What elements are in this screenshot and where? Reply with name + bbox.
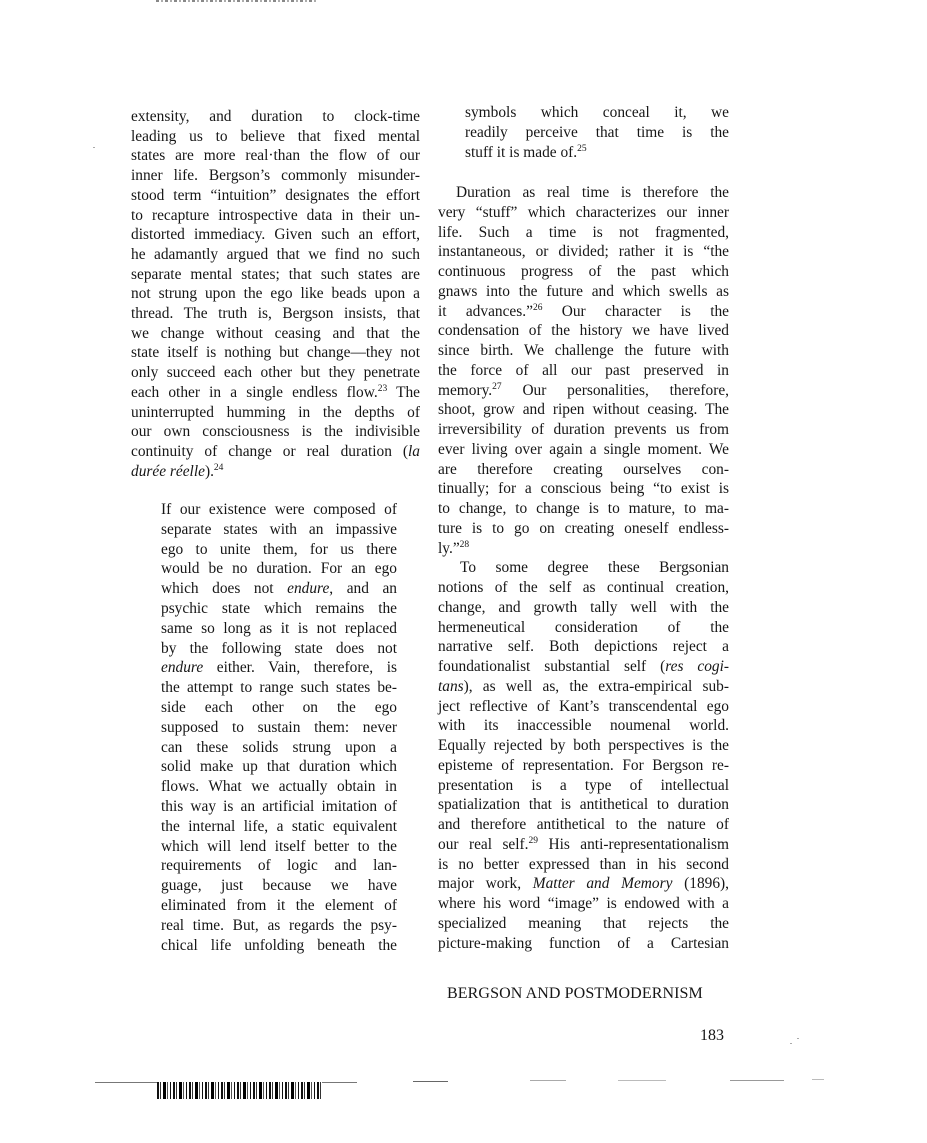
scan-speck: [790, 1043, 792, 1044]
quote-line: guage, just because we have: [161, 876, 397, 896]
text-line: presentation is a type of intellectual: [438, 776, 729, 796]
text-segment: which does not: [161, 580, 287, 597]
quote-line: solid make up that duration which: [161, 757, 397, 777]
text-line: notions of the self as continual creatio…: [438, 578, 729, 598]
quote-line: symbols which conceal it, we: [465, 103, 729, 123]
text-segment: it advances.”: [438, 303, 533, 320]
text-line: tinually; for a conscious being “to exis…: [438, 479, 729, 499]
text-segment: our real self.: [438, 836, 529, 853]
text-segment: ly.”: [438, 540, 460, 557]
text-line: spatialization that is antithetical to d…: [438, 795, 729, 815]
quote-line: supposed to sustain them: never: [161, 718, 397, 738]
footnote-ref-25[interactable]: 25: [577, 144, 587, 154]
quote-line: the attempt to range such states be-: [161, 678, 397, 698]
text-line: extensity, and duration to clock-time: [131, 107, 420, 127]
text-segment: memory.: [438, 382, 492, 399]
quote-line: ego to unite them, for us there: [161, 540, 397, 560]
scan-artifact-top: [156, 0, 316, 2]
text-line: continuous progress of the past which: [438, 262, 729, 282]
page-number: 183: [700, 1027, 724, 1045]
text-line: only succeed each other but they penetra…: [131, 363, 420, 383]
text-line: narrative self. Both depictions reject a: [438, 637, 729, 657]
text-line: picture-making function of a Cartesian: [438, 934, 729, 954]
quote-line: separate states with an impassive: [161, 520, 397, 540]
text-line: separate mental states; that such states…: [131, 265, 420, 285]
quote-line: endure either. Vain, therefore, is: [161, 658, 397, 678]
scan-speck: [93, 147, 95, 148]
text-line: stood term “intuition” designates the ef…: [131, 186, 420, 206]
italic-text: tans: [438, 678, 464, 695]
text-line: durée réelle).24: [131, 462, 420, 482]
quote-line: same so long as it is not replaced: [161, 619, 397, 639]
text-line: shoot, grow and ripen without ceasing. T…: [438, 400, 729, 420]
quote-line: flows. What we actually obtain in: [161, 777, 397, 797]
quote-line: stuff it is made of.25: [465, 143, 729, 163]
footnote-ref-23[interactable]: 23: [378, 384, 388, 394]
quote-line: readily perceive that time is the: [465, 123, 729, 143]
italic-text: endure: [161, 659, 203, 676]
quote-line: real time. But, as regards the psy-: [161, 916, 397, 936]
italic-text: res cogi-: [665, 658, 729, 675]
quote-line: by the following state does not: [161, 639, 397, 659]
text-line: life. Such a time is not fragmented,: [438, 223, 729, 243]
italic-text: endure: [287, 580, 329, 597]
text-segment: , and an: [329, 580, 397, 597]
text-line: distorted immediacy. Given such an effor…: [131, 225, 420, 245]
text-line: states are more real·than the flow of ou…: [131, 146, 420, 166]
text-line: tans), as well as, the extra-empirical s…: [438, 677, 729, 697]
quote-line: psychic state which remains the: [161, 599, 397, 619]
text-line: each other in a single endless flow.23 T…: [131, 383, 420, 403]
text-segment: Our personalities, therefore,: [502, 382, 729, 399]
text-line: To some degree these Bergsonian: [438, 558, 729, 578]
text-line: thread. The truth is, Bergson insists, t…: [131, 304, 420, 324]
text-line: uninterrupted humming in the depths of: [131, 403, 420, 423]
text-segment: The: [387, 384, 420, 401]
text-line: foundationalist substantial self (res co…: [438, 657, 729, 677]
quote-line: the internal life, a static equivalent: [161, 817, 397, 837]
text-line: is no better expressed than in his secon…: [438, 855, 729, 875]
text-line: condensation of the history we have live…: [438, 321, 729, 341]
text-line: are therefore creating ourselves con-: [438, 460, 729, 480]
text-line: episteme of representation. For Bergson …: [438, 756, 729, 776]
text-line: he adamantly argued that we find no such: [131, 245, 420, 265]
text-segment: continuity of change or real duration (: [131, 443, 408, 460]
text-line: major work, Matter and Memory (1896),: [438, 874, 729, 894]
scan-rule: [618, 1080, 666, 1081]
text-line: inner life. Bergson’s commonly misunder-: [131, 166, 420, 186]
scan-rule: [812, 1079, 824, 1080]
quote-line: this way is an artificial imitation of: [161, 797, 397, 817]
text-line: specialized meaning that rejects the: [438, 914, 729, 934]
text-line: to change, to change is to mature, to ma…: [438, 499, 729, 519]
quote-line: If our existence were composed of: [161, 500, 397, 520]
italic-text: durée réelle: [131, 463, 205, 480]
text-line: state itself is nothing but change—they …: [131, 343, 420, 363]
text-segment: foundationalist substantial self (: [438, 658, 665, 675]
text-line: ever living over again a single moment. …: [438, 440, 729, 460]
scan-speck: [797, 1038, 799, 1039]
scan-rule: [530, 1080, 566, 1081]
text-segment: either. Vain, therefore, is: [203, 659, 397, 676]
text-line: the force of all our past preserved in: [438, 361, 729, 381]
quote-line: side each other on the ego: [161, 698, 397, 718]
text-line: not strung upon the ego like beads upon …: [131, 284, 420, 304]
text-line: it advances.”26 Our character is the: [438, 302, 729, 322]
footnote-ref-27[interactable]: 27: [492, 382, 502, 392]
text-line: instantaneous, or divided; rather it is …: [438, 242, 729, 262]
scan-rule: [413, 1081, 448, 1082]
text-line: to recapture introspective data in their…: [131, 206, 420, 226]
document-page: extensity, and duration to clock-time le…: [0, 0, 927, 1143]
scan-rule: [730, 1080, 784, 1081]
text-line: leading us to believe that fixed mental: [131, 127, 420, 147]
text-line: we change without ceasing and that the: [131, 324, 420, 344]
italic-text: la: [408, 443, 420, 460]
text-line: gnaws into the future and which swells a…: [438, 282, 729, 302]
footnote-ref-26[interactable]: 26: [533, 303, 543, 313]
text-line: Equally rejected by both perspectives is…: [438, 736, 729, 756]
italic-title: Matter and Memory: [533, 875, 673, 892]
footnote-ref-28[interactable]: 28: [460, 540, 470, 550]
text-line: hermeneutical consideration of the: [438, 618, 729, 638]
quote-line: chical life unfolding beneath the: [161, 936, 397, 956]
text-segment: major work,: [438, 875, 533, 892]
text-line: irreversibility of duration prevents us …: [438, 420, 729, 440]
quote-line: which does not endure, and an: [161, 579, 397, 599]
text-segment: stuff it is made of.: [465, 144, 577, 161]
footnote-ref-24[interactable]: 24: [214, 463, 224, 473]
quote-line: which will lend itself better to the: [161, 837, 397, 857]
text-line: Duration as real time is therefore the: [438, 183, 729, 203]
text-segment: each other in a single endless flow.: [131, 384, 378, 401]
text-line: change, and growth tally well with the: [438, 598, 729, 618]
text-line: very “stuff” which characterizes our inn…: [438, 203, 729, 223]
quote-line: would be no duration. For an ego: [161, 559, 397, 579]
running-head: BERGSON AND POSTMODERNISM: [447, 985, 703, 1003]
text-line: ture is to go on creating oneself endles…: [438, 519, 729, 539]
quote-line: eliminated from it the element of: [161, 896, 397, 916]
text-line: with its inaccessible noumenal world.: [438, 716, 729, 736]
text-line: our own consciousness is the indivisible: [131, 422, 420, 442]
barcode-artifact: [157, 1082, 322, 1099]
quote-line: can these solids strung upon a: [161, 738, 397, 758]
text-segment: His anti-representationalism: [538, 836, 729, 853]
text-segment: ), as well as, the extra-empirical sub-: [464, 678, 729, 695]
text-line: where his word “image” is endowed with a: [438, 894, 729, 914]
text-segment: Our character is the: [542, 303, 729, 320]
text-line: since birth. We challenge the future wit…: [438, 341, 729, 361]
footnote-ref-29[interactable]: 29: [529, 836, 539, 846]
quote-line: requirements of logic and lan-: [161, 856, 397, 876]
text-line: memory.27 Our personalities, therefore,: [438, 381, 729, 401]
text-line: ly.”28: [438, 539, 729, 559]
text-line: continuity of change or real duration (l…: [131, 442, 420, 462]
text-segment: ).: [205, 463, 214, 480]
text-line: our real self.29 His anti-representation…: [438, 835, 729, 855]
text-segment: (1896),: [672, 875, 729, 892]
text-line: and therefore antithetical to the nature…: [438, 815, 729, 835]
text-line: ject reflective of Kant’s transcendental…: [438, 697, 729, 717]
